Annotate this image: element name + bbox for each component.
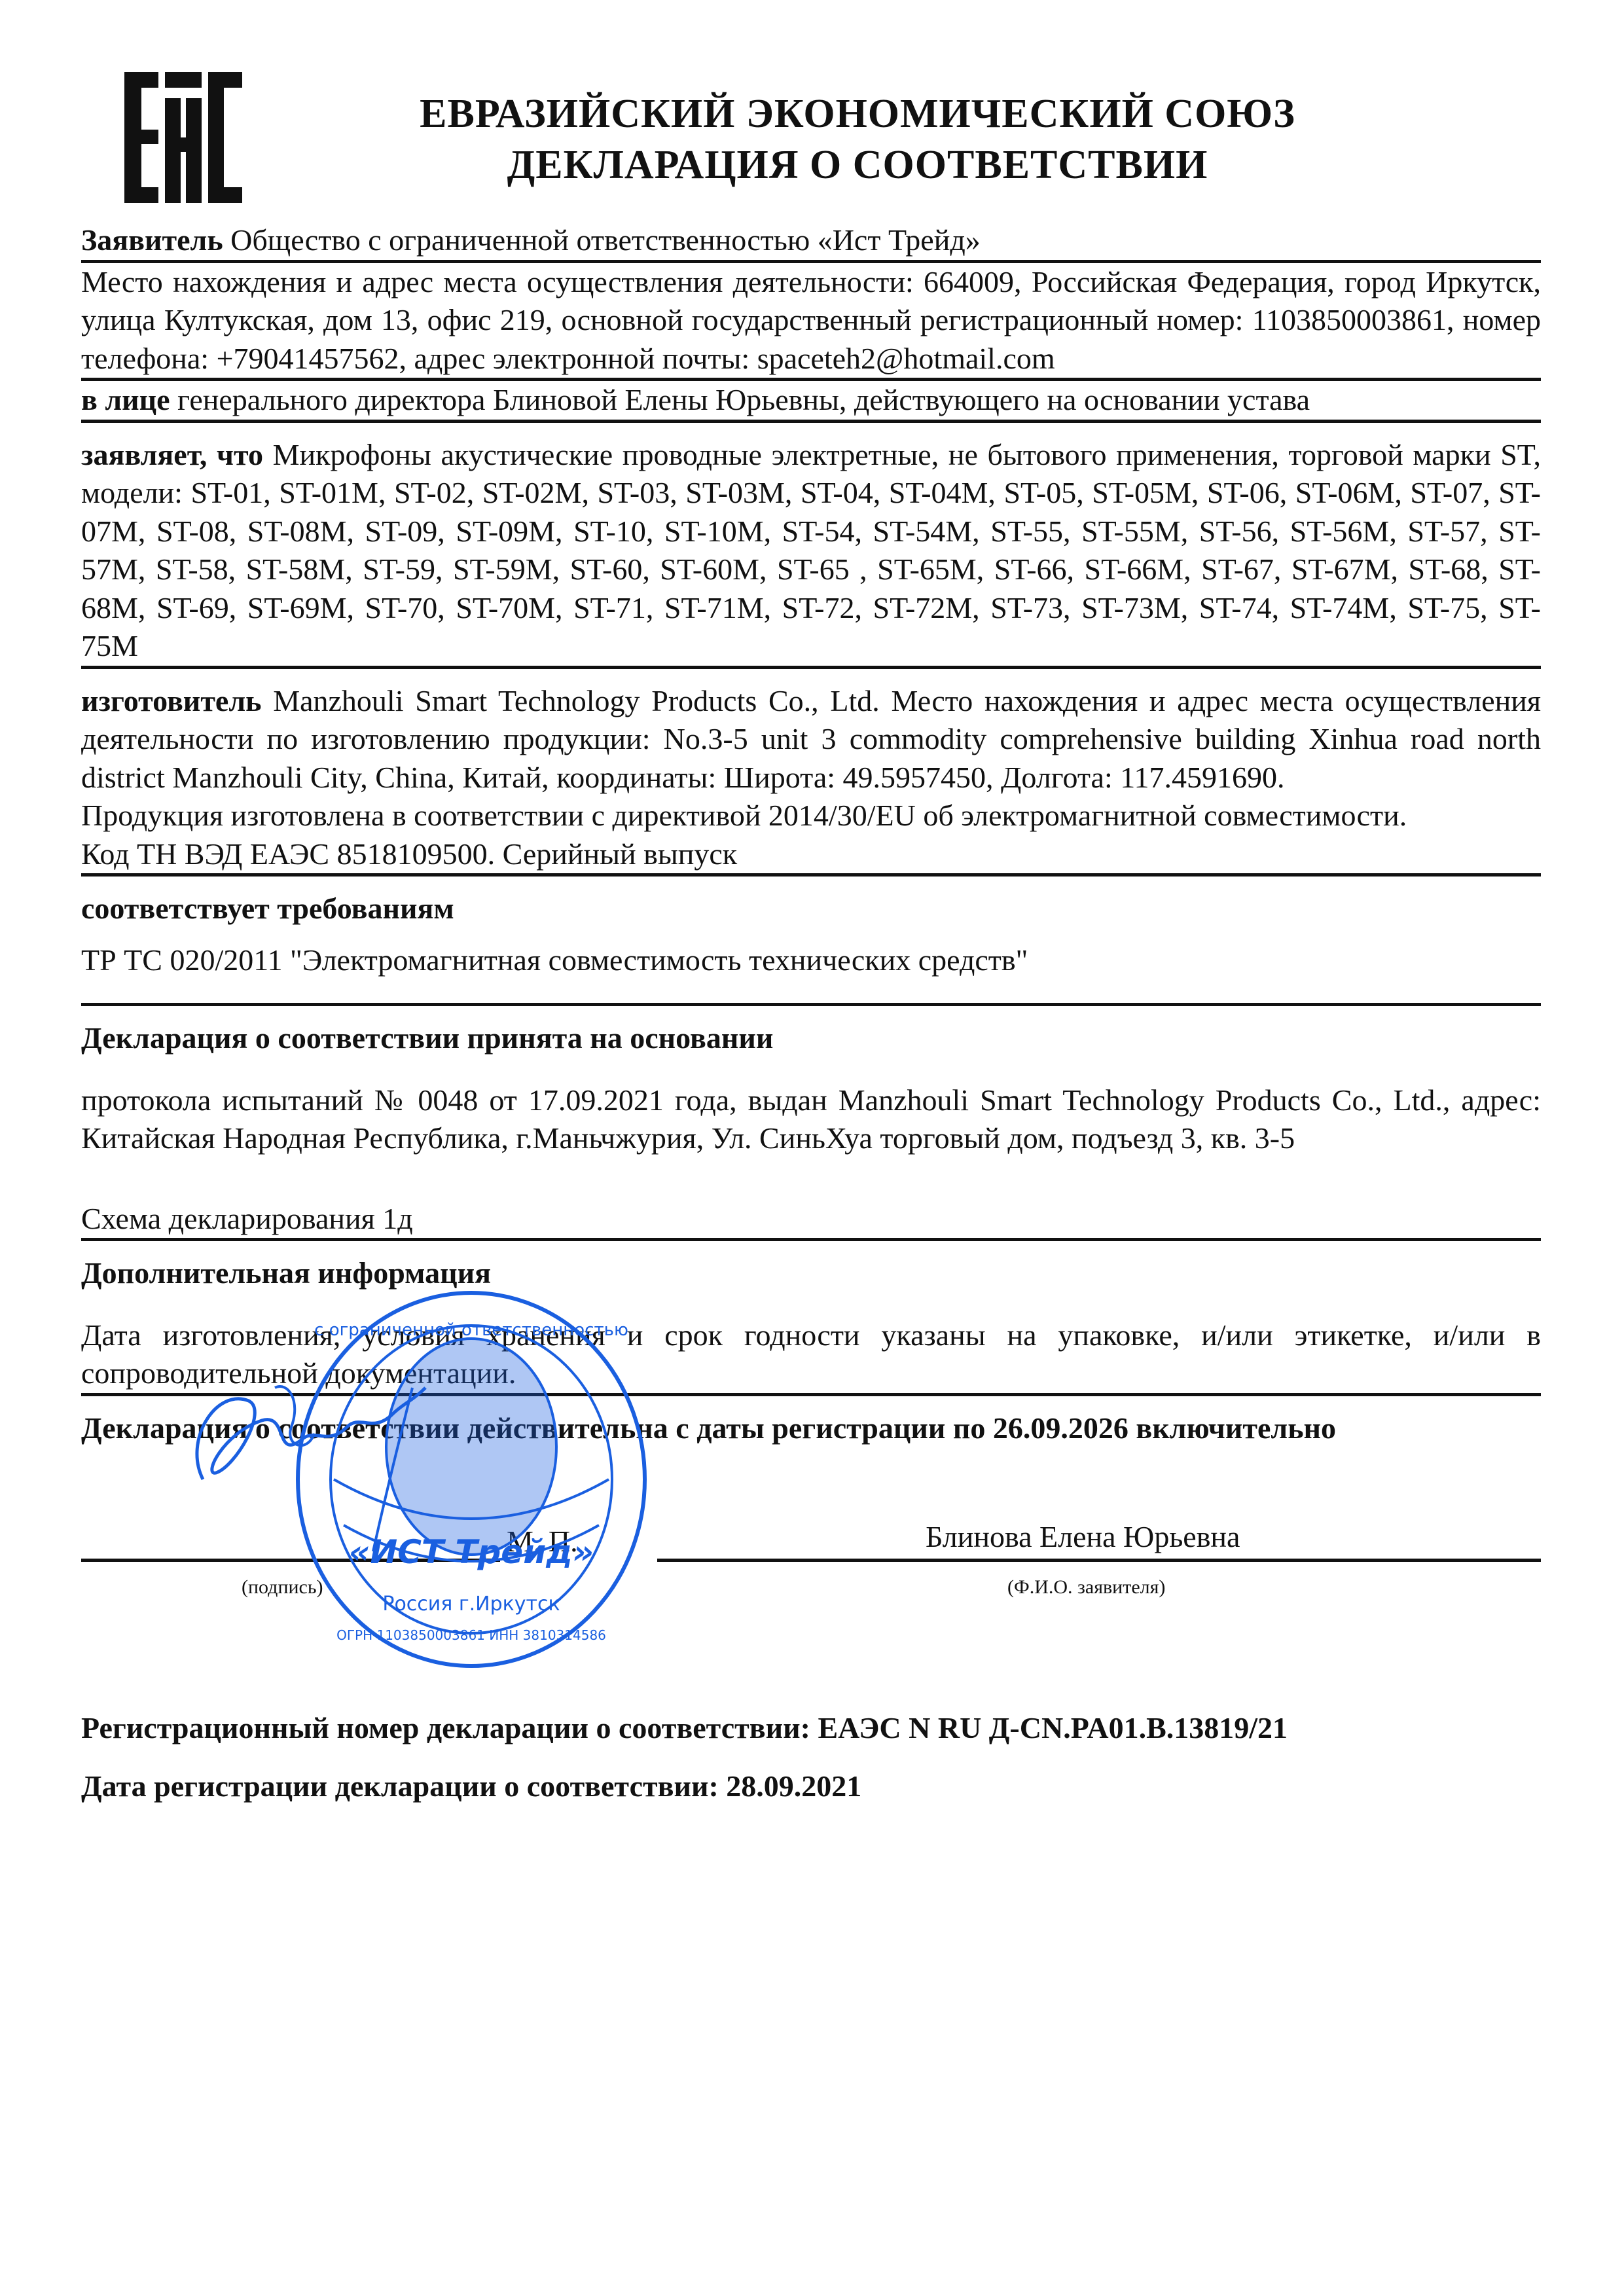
eac-logo-icon — [124, 72, 242, 203]
declaration-body: Заявитель Общество с ограниченной ответс… — [81, 221, 1541, 1805]
manufacturer-label: изготовитель — [81, 684, 261, 717]
additional-info-text: Дата изготовления, условия хранения и ср… — [81, 1316, 1541, 1396]
registration-number-label: Регистрационный номер декларации о соотв… — [81, 1711, 818, 1744]
basis-label: Декларация о соответствии принята на осн… — [81, 1019, 1541, 1058]
declaration-page: ЕВРАЗИЙСКИЙ ЭКОНОМИЧЕСКИЙ СОЮЗ ДЕКЛАРАЦИ… — [0, 0, 1624, 2295]
applicant-section: Заявитель Общество с ограниченной ответс… — [81, 221, 1541, 263]
union-title: ЕВРАЗИЙСКИЙ ЭКОНОМИЧЕСКИЙ СОЮЗ — [367, 88, 1348, 139]
product-description: Микрофоны акустические проводные электре… — [81, 438, 1541, 663]
applicant-name: Общество с ограниченной ответственностью… — [223, 223, 981, 257]
representative-section: в лице генерального директора Блиновой Е… — [81, 381, 1541, 423]
applicant-full-name: Блинова Елена Юрьевна — [926, 1518, 1240, 1557]
product-section: заявляет, что Микрофоны акустические про… — [81, 436, 1541, 669]
signature-caption: (подпись) — [242, 1568, 323, 1607]
additional-info-label: Дополнительная информация — [81, 1254, 1541, 1293]
signature-line — [81, 1559, 500, 1562]
representative-label: в лице — [81, 383, 170, 416]
document-title: ЕВРАЗИЙСКИЙ ЭКОНОМИЧЕСКИЙ СОЮЗ ДЕКЛАРАЦИ… — [367, 88, 1348, 190]
name-line — [657, 1559, 1541, 1562]
name-caption: (Ф.И.О. заявителя) — [1007, 1568, 1165, 1607]
manufacturer-section: изготовитель Manzhouli Smart Technology … — [81, 682, 1541, 797]
declaration-scheme: Схема декларирования 1д — [81, 1200, 1541, 1242]
applicant-label: Заявитель — [81, 223, 223, 257]
registration-number: ЕАЭС N RU Д-CN.PA01.B.13819/21 — [818, 1711, 1288, 1744]
registration-date-line: Дата регистрации декларации о соответств… — [81, 1767, 1541, 1806]
manufacturer-text: Manzhouli Smart Technology Products Co.,… — [81, 684, 1541, 794]
basis-text: протокола испытаний № 0048 от 17.09.2021… — [81, 1081, 1541, 1158]
validity-text: Декларация о соответствии действительна … — [81, 1409, 1541, 1448]
registration-number-line: Регистрационный номер декларации о соотв… — [81, 1709, 1541, 1748]
requirements-text: ТР ТС 020/2011 "Электромагнитная совмест… — [81, 941, 1541, 980]
applicant-address: Место нахождения и адрес места осуществл… — [81, 263, 1541, 382]
directive-text: Продукция изготовлена в соответствии с д… — [81, 797, 1541, 835]
registration-date: 28.09.2021 — [726, 1769, 861, 1803]
signature-area: М. П. Блинова Елена Юрьевна (подпись) (Ф… — [81, 1447, 1541, 1611]
seal-place-label: М. П. — [507, 1523, 578, 1561]
registration-date-label: Дата регистрации декларации о соответств… — [81, 1769, 726, 1803]
representative-text: генерального директора Блиновой Елены Юр… — [170, 383, 1310, 416]
declaration-title: ДЕКЛАРАЦИЯ О СООТВЕТСТВИИ — [367, 139, 1348, 190]
declares-label: заявляет, что — [81, 438, 263, 471]
hs-code-text: Код ТН ВЭД ЕАЭС 8518109500. Серийный вып… — [81, 835, 1541, 877]
requirements-label: соответствует требованиям — [81, 890, 1541, 928]
